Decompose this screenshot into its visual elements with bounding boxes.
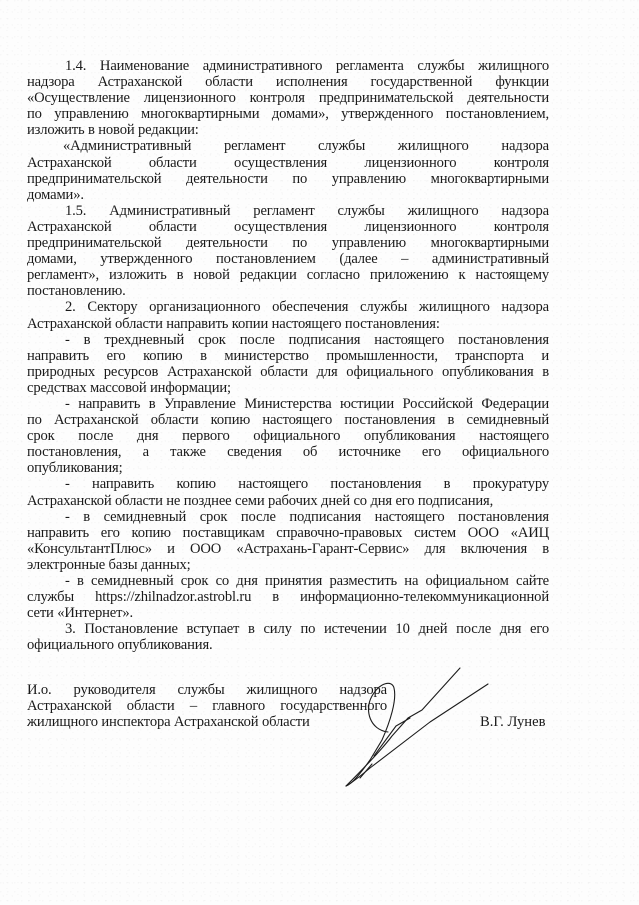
text-line: надзора Астраханской области исполнения … xyxy=(27,74,549,90)
text-line: «Осуществление лицензионного контроля пр… xyxy=(27,90,549,106)
document-page: 1.4. Наименование административного регл… xyxy=(0,0,639,905)
paragraph-2-item-e: - в семидневный срок со дня принятия раз… xyxy=(27,573,549,621)
paragraph-2-item-d: - в семидневный срок после подписания на… xyxy=(27,509,549,573)
text-line: природных ресурсов Астраханской области … xyxy=(27,364,549,380)
paragraph-3: 3. Постановление вступает в силу по исте… xyxy=(27,621,549,653)
text-line: 3. Постановление вступает в силу по исте… xyxy=(27,621,549,637)
text-line: предпринимательской деятельности по упра… xyxy=(27,235,549,251)
text-line: электронные базы данных; xyxy=(27,557,549,573)
text-line: сети «Интернет». xyxy=(27,605,549,621)
text-line: 1.4. Наименование административного регл… xyxy=(27,58,549,74)
text-line: опубликования; xyxy=(27,460,549,476)
text-line: по Астраханской области копию настоящего… xyxy=(27,412,549,428)
paragraph-2-item-c: - направить копию настоящего постановлен… xyxy=(27,476,549,508)
text-line: домами». xyxy=(27,187,549,203)
text-line: - в трехдневный срок после подписания на… xyxy=(27,332,549,348)
paragraph-1-4-quote: «Административный регламент службы жилищ… xyxy=(27,138,549,202)
text-line: 2. Сектору организационного обеспечения … xyxy=(27,299,549,315)
document-body: 1.4. Наименование административного регл… xyxy=(27,58,549,653)
text-line: предпринимательской деятельности по упра… xyxy=(27,171,549,187)
text-line: изложить в новой редакции: xyxy=(27,122,549,138)
paragraph-1-5: 1.5. Административный регламент службы ж… xyxy=(27,203,549,300)
text-line: по управлению многоквартирными домами», … xyxy=(27,106,549,122)
text-line: средствах массовой информации; xyxy=(27,380,549,396)
text-line: Астраханской области осуществления лицен… xyxy=(27,219,549,235)
paragraph-2-item-b: - направить в Управление Министерства юс… xyxy=(27,396,549,476)
text-line: срок после дня первого официального опуб… xyxy=(27,428,549,444)
paragraph-1-4: 1.4. Наименование административного регл… xyxy=(27,58,549,138)
text-line: домами, утвержденного постановлением (да… xyxy=(27,251,549,267)
text-line: «Административный регламент службы жилищ… xyxy=(27,138,549,154)
text-line: службы https://zhilnadzor.astrobl.ru в и… xyxy=(27,589,549,605)
text-line: Астраханской области не позднее семи раб… xyxy=(27,493,549,509)
text-line: постановлению. xyxy=(27,283,549,299)
signatory-name: В.Г. Лунев xyxy=(480,714,545,730)
paragraph-2-item-a: - в трехдневный срок после подписания на… xyxy=(27,332,549,396)
text-line: - в семидневный срок со дня принятия раз… xyxy=(27,573,549,589)
text-line: Астраханской области осуществления лицен… xyxy=(27,155,549,171)
text-line: регламент», изложить в новой редакции со… xyxy=(27,267,549,283)
text-line: Астраханской области направить копии нас… xyxy=(27,316,549,332)
paragraph-2: 2. Сектору организационного обеспечения … xyxy=(27,299,549,331)
text-line: 1.5. Административный регламент службы ж… xyxy=(27,203,549,219)
text-line: - направить копию настоящего постановлен… xyxy=(27,476,549,492)
text-line: - направить в Управление Министерства юс… xyxy=(27,396,549,412)
text-line: направить его копию в министерство промы… xyxy=(27,348,549,364)
text-line: официального опубликования. xyxy=(27,637,549,653)
text-line: - в семидневный срок после подписания на… xyxy=(27,509,549,525)
text-line: направить его копию поставщикам справочн… xyxy=(27,525,549,541)
text-line: «КонсультантПлюс» и ООО «Астрахань-Гаран… xyxy=(27,541,549,557)
text-line: постановления, а также сведения об источ… xyxy=(27,444,549,460)
